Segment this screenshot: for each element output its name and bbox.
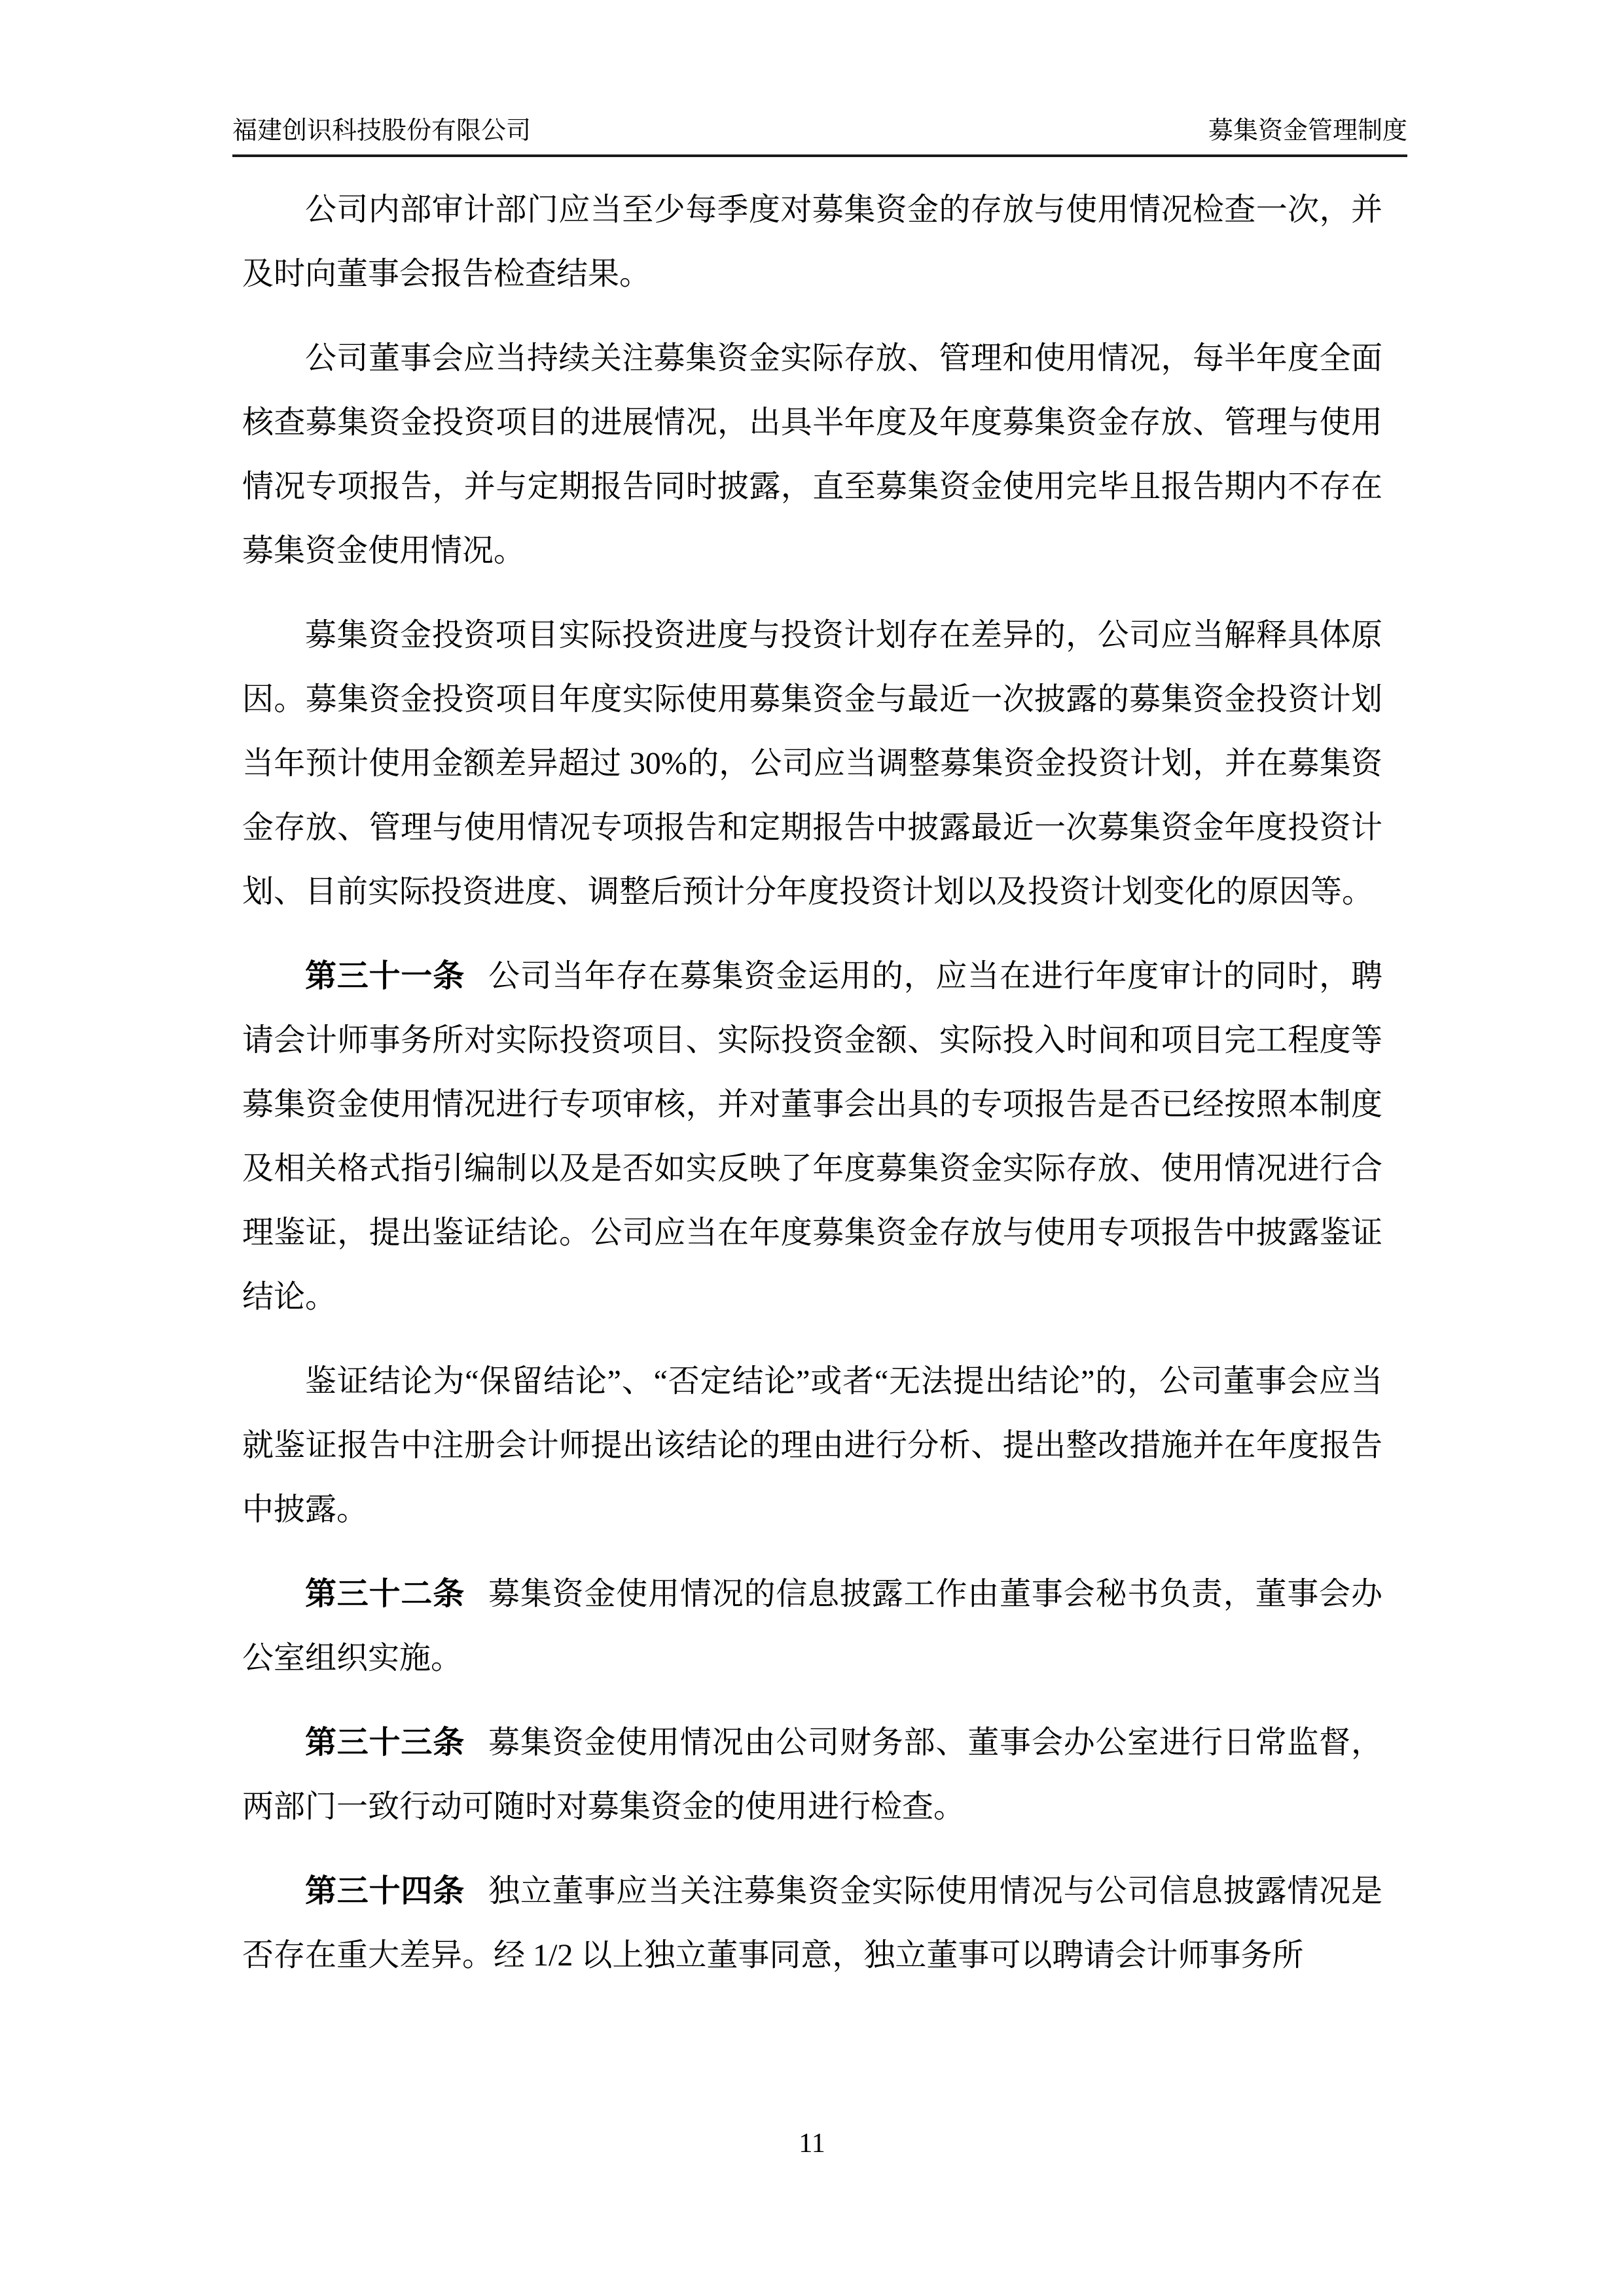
- header-doc-title: 募集资金管理制度: [1208, 117, 1407, 145]
- paragraph-article-31: 第三十一条公司当年存在募集资金运用的，应当在进行年度审计的同时，聘请会计师事务所…: [242, 944, 1382, 1329]
- paragraph-article-34: 第三十四条独立董事应当关注募集资金实际使用情况与公司信息披露情况是否存在重大差异…: [242, 1859, 1382, 1988]
- page-footer: 11: [0, 2128, 1624, 2159]
- paragraph-text: 募集资金投资项目实际投资进度与投资计划存在差异的，公司应当解释具体原因。募集资金…: [242, 618, 1382, 909]
- article-number-31: 第三十一条: [305, 959, 465, 994]
- paragraph-text: 公司内部审计部门应当至少每季度对募集资金的存放与使用情况检查一次，并及时向董事会…: [242, 192, 1382, 291]
- paragraph-attestation-conclusion: 鉴证结论为“保留结论”、“否定结论”或者“无法提出结论”的，公司董事会应当就鉴证…: [242, 1350, 1382, 1542]
- paragraph-board-review: 公司董事会应当持续关注募集资金实际存放、管理和使用情况，每半年度全面核查募集资金…: [242, 327, 1382, 583]
- paragraph-article-33: 第三十三条募集资金使用情况由公司财务部、董事会办公室进行日常监督，两部门一致行动…: [242, 1711, 1382, 1839]
- paragraph-article-32: 第三十二条募集资金使用情况的信息披露工作由董事会秘书负责，董事会办公室组织实施。: [242, 1562, 1382, 1691]
- document-body: 公司内部审计部门应当至少每季度对募集资金的存放与使用情况检查一次，并及时向董事会…: [242, 178, 1382, 2008]
- article-number-33: 第三十三条: [305, 1725, 465, 1760]
- article-number-32: 第三十二条: [305, 1577, 465, 1611]
- paragraph-text: 公司董事会应当持续关注募集资金实际存放、管理和使用情况，每半年度全面核查募集资金…: [242, 341, 1382, 568]
- paragraph-internal-audit: 公司内部审计部门应当至少每季度对募集资金的存放与使用情况检查一次，并及时向董事会…: [242, 178, 1382, 306]
- page-header: 福建创识科技股份有限公司 募集资金管理制度: [232, 117, 1407, 157]
- page-header-row: 福建创识科技股份有限公司 募集资金管理制度: [232, 117, 1407, 145]
- document-page: 福建创识科技股份有限公司 募集资金管理制度 公司内部审计部门应当至少每季度对募集…: [0, 0, 1624, 2296]
- paragraph-investment-progress-difference: 募集资金投资项目实际投资进度与投资计划存在差异的，公司应当解释具体原因。募集资金…: [242, 603, 1382, 924]
- paragraph-text: 鉴证结论为“保留结论”、“否定结论”或者“无法提出结论”的，公司董事会应当就鉴证…: [242, 1364, 1382, 1527]
- paragraph-text: 公司当年存在募集资金运用的，应当在进行年度审计的同时，聘请会计师事务所对实际投资…: [242, 959, 1382, 1314]
- header-company-name: 福建创识科技股份有限公司: [232, 117, 531, 145]
- page-number: 11: [799, 2128, 825, 2159]
- article-number-34: 第三十四条: [305, 1874, 465, 1909]
